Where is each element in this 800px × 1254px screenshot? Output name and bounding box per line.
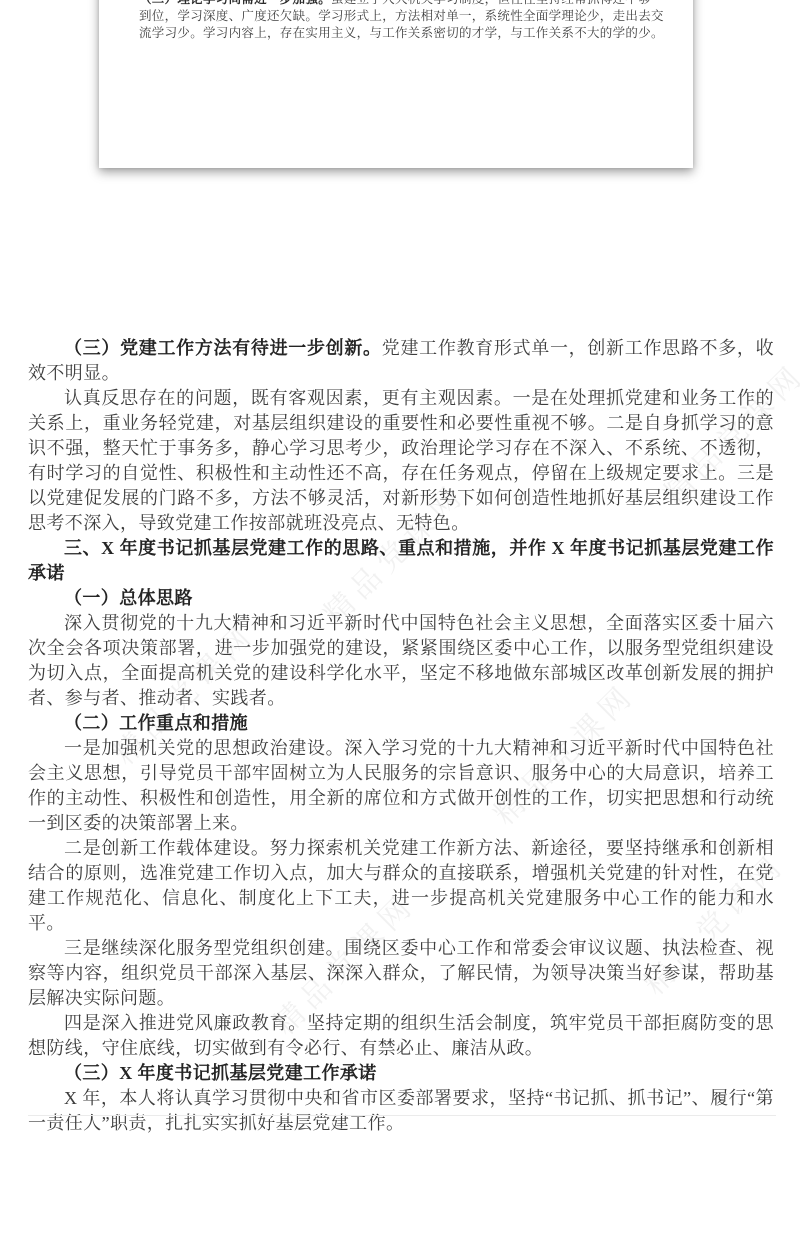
paragraph-measure-4: 四是深入推进党风廉政教育。坚持定期的组织生活会制度，筑牢党员干部拒腐防变的思想防…	[28, 1011, 774, 1061]
paragraph-measure-2: 二是创新工作载体建设。努力探索机关党建工作新方法、新途径，要坚持继承和创新相结合…	[28, 836, 774, 936]
paragraph-reflection: 认真反思存在的问题，既有客观因素，更有主观因素。一是在处理抓党建和业务工作的关系…	[28, 386, 774, 536]
page-1-text: （二）理论学习尚需进一步加强。虽建立了人大机关学习制度，但往往坚持经常抓得还不够…	[139, 0, 653, 42]
paragraph-text: 一是加强机关党的思想政治建设。深入学习党的十九大精神和习近平新时代中国特色社会主…	[28, 738, 774, 833]
heading-text: （二）工作重点和措施	[64, 713, 248, 733]
page1-line-text: 到位，学习深度、广度还欠缺。学习形式上，方法相对单一，系统性全面学理论少，走出去…	[139, 9, 664, 23]
page-bottom-edge	[28, 1115, 776, 1116]
page1-section-heading: （二）理论学习尚需进一步加强。	[139, 0, 331, 6]
page1-line-text: 虽建立了人大机关学习制度，但往往坚持经常抓得还不够	[331, 0, 651, 6]
paragraph-measure-1: 一是加强机关党的思想政治建设。深入学习党的十九大精神和习近平新时代中国特色社会主…	[28, 736, 774, 836]
paragraph-text: X 年，本人将认真学习贯彻中央和省市区委部署要求，坚持“书记抓、抓书记”、履行“…	[28, 1088, 774, 1133]
paragraph-text: 深入贯彻党的十九大精神和习近平新时代中国特色社会主义思想，全面落实区委十届六次全…	[28, 613, 774, 708]
heading-commitment: （三）X 年度书记抓基层党建工作承诺	[28, 1061, 774, 1086]
paragraph-commitment: X 年，本人将认真学习贯彻中央和省市区委部署要求，坚持“书记抓、抓书记”、履行“…	[28, 1086, 774, 1136]
page1-line: 流学习少。学习内容上，存在实用主义，与工作关系密切的才学，与工作关系不大的学的少…	[139, 25, 653, 42]
heading-key-measures: （二）工作重点和措施	[28, 711, 774, 736]
paragraph-text: 认真反思存在的问题，既有客观因素，更有主观因素。一是在处理抓党建和业务工作的关系…	[28, 388, 774, 533]
page-2-text: （三）党建工作方法有待进一步创新。党建工作教育形式单一，创新工作思路不多，收效不…	[28, 336, 774, 1136]
paragraph-lead: （三）党建工作方法有待进一步创新。	[64, 338, 382, 358]
paragraph-text: 四是深入推进党风廉政教育。坚持定期的组织生活会制度，筑牢党员干部拒腐防变的思想防…	[28, 1013, 774, 1058]
paragraph-overall-approach: 深入贯彻党的十九大精神和习近平新时代中国特色社会主义思想，全面落实区委十届六次全…	[28, 611, 774, 711]
paragraph-text: 三是继续深化服务型党组织创建。围绕区委中心工作和常委会审议议题、执法检查、视察等…	[28, 938, 774, 1008]
page1-line-text: 流学习少。学习内容上，存在实用主义，与工作关系密切的才学，与工作关系不大的学的少…	[139, 26, 664, 40]
page-2-card: 精品党课网 精品党课网 精品党课网 精品党课网 精品党课网 精品党课网 （三）党…	[0, 200, 800, 1254]
heading-text: （三）X 年度书记抓基层党建工作承诺	[64, 1063, 377, 1083]
page1-line: 到位，学习深度、广度还欠缺。学习形式上，方法相对单一，系统性全面学理论少，走出去…	[139, 8, 653, 25]
heading-text: 三、X 年度书记抓基层党建工作的思路、重点和措施，并作 X 年度书记抓基层党建工…	[28, 538, 774, 583]
heading-part-three: 三、X 年度书记抓基层党建工作的思路、重点和措施，并作 X 年度书记抓基层党建工…	[28, 536, 774, 586]
page-1-card: （二）理论学习尚需进一步加强。虽建立了人大机关学习制度，但往往坚持经常抓得还不够…	[99, 0, 693, 168]
heading-text: （一）总体思路	[64, 588, 193, 608]
paragraph-text: 二是创新工作载体建设。努力探索机关党建工作新方法、新途径，要坚持继承和创新相结合…	[28, 838, 774, 933]
heading-overall-approach: （一）总体思路	[28, 586, 774, 611]
page1-line: （二）理论学习尚需进一步加强。虽建立了人大机关学习制度，但往往坚持经常抓得还不够	[139, 0, 653, 8]
paragraph-section-3-problems: （三）党建工作方法有待进一步创新。党建工作教育形式单一，创新工作思路不多，收效不…	[28, 336, 774, 386]
paragraph-measure-3: 三是继续深化服务型党组织创建。围绕区委中心工作和常委会审议议题、执法检查、视察等…	[28, 936, 774, 1011]
